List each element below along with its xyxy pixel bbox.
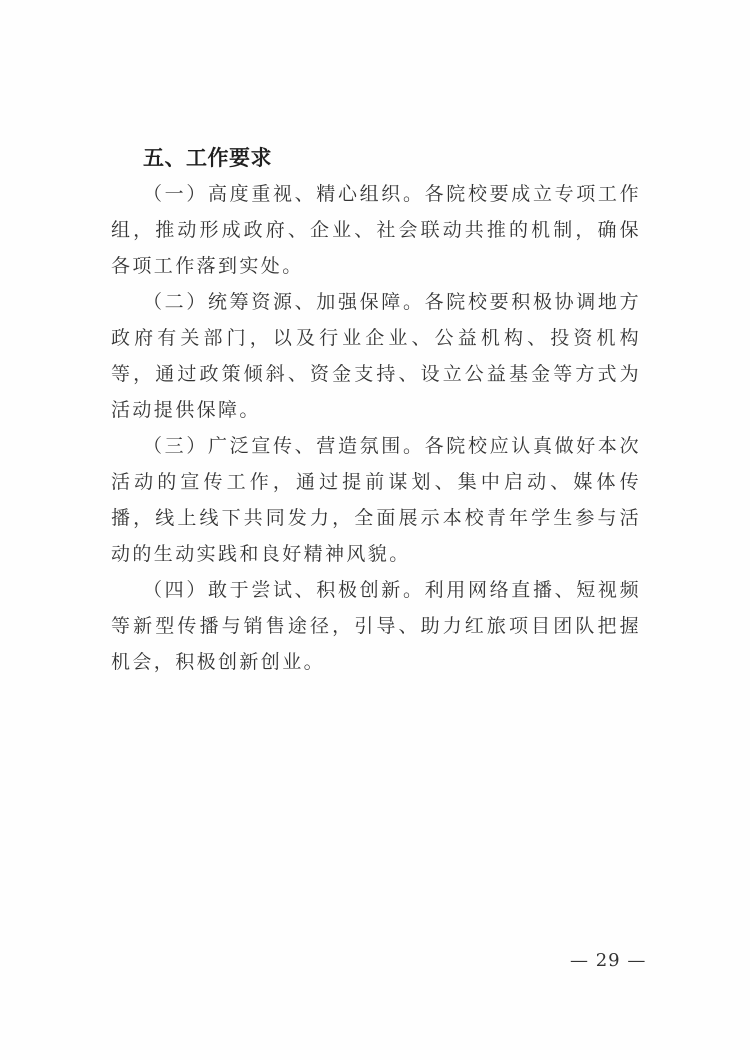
paragraph-3: （三）广泛宣传、营造氛围。各院校应认真做好本次活动的宣传工作，通过提前谋划、集中… [111, 428, 641, 572]
paragraph-1: （一）高度重视、精心组织。各院校要成立专项工作组，推动形成政府、企业、社会联动共… [111, 176, 641, 284]
paragraph-4: （四）敢于尝试、积极创新。利用网络直播、短视频等新型传播与销售途径，引导、助力红… [111, 572, 641, 680]
paragraph-2: （二）统筹资源、加强保障。各院校要积极协调地方政府有关部门，以及行业企业、公益机… [111, 284, 641, 428]
section-heading: 五、工作要求 [143, 140, 641, 176]
document-page: 五、工作要求 （一）高度重视、精心组织。各院校要成立专项工作组，推动形成政府、企… [0, 0, 750, 1060]
document-body: 五、工作要求 （一）高度重视、精心组织。各院校要成立专项工作组，推动形成政府、企… [111, 140, 641, 680]
page-number: — 29 — [570, 950, 646, 971]
